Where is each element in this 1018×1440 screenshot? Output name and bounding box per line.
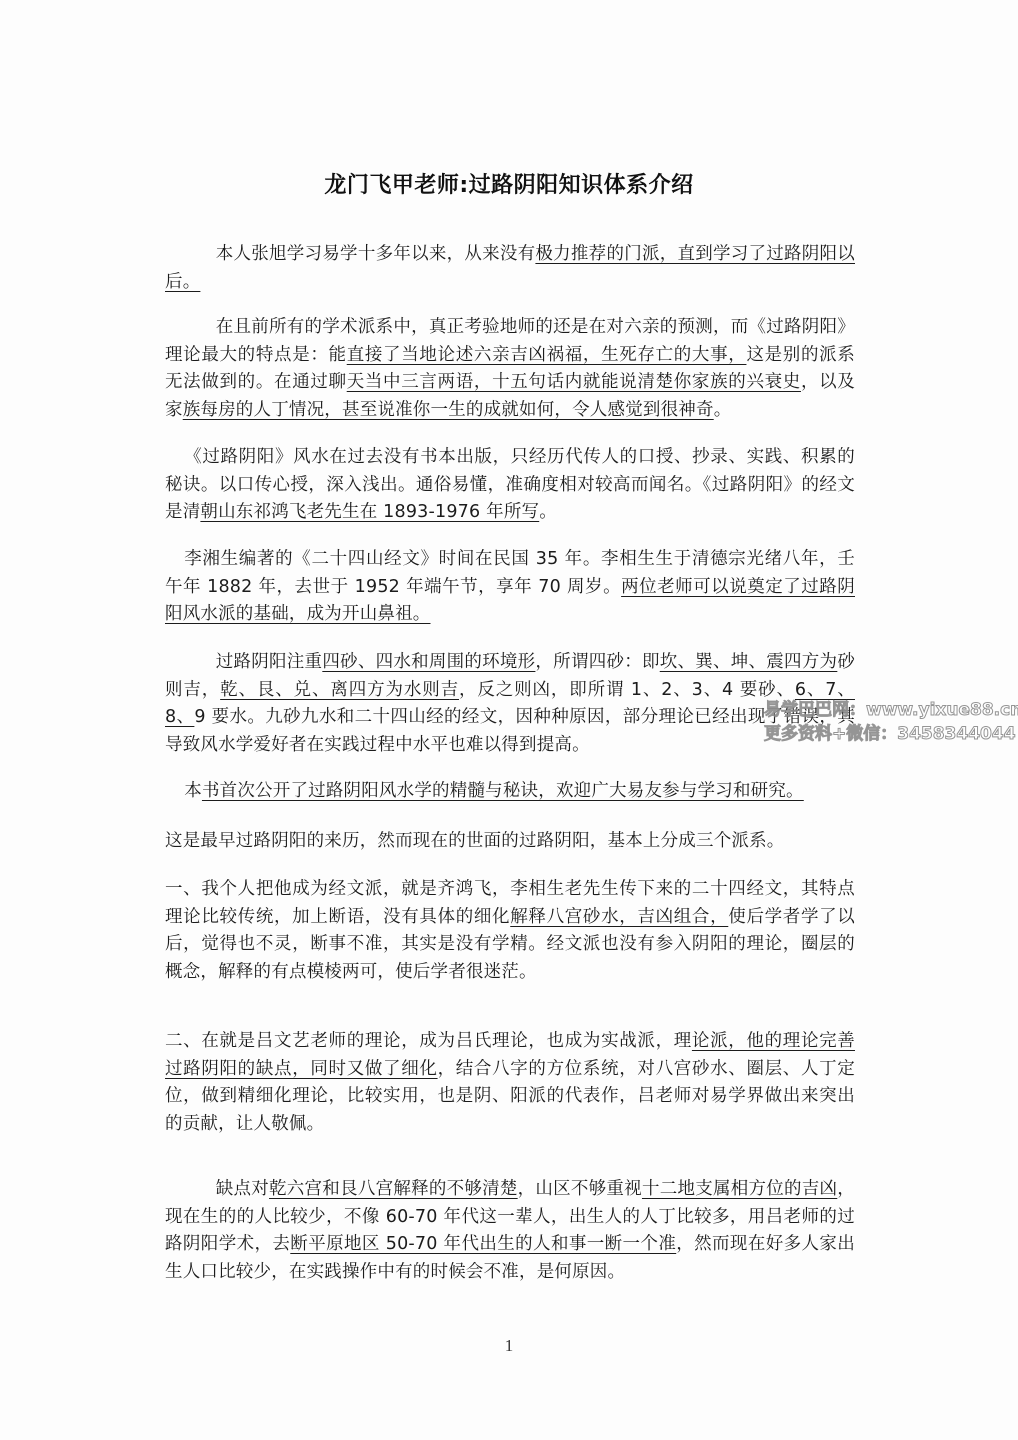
paragraph-shortcomings: 缺点对乾六宫和艮八宫解释的不够清楚，山区不够重视十二地支属相方位的吉凶，现在生的…	[165, 1176, 855, 1286]
underlined-text: 朝山东祁鸿飞老先生在 1893-1976 年所写	[200, 502, 539, 522]
underlined-text: 直接了当地论述六亲吉凶祸福，生死存亡的大事，	[347, 345, 747, 365]
text: 本人张旭学习易学十多年以来，从来没有	[216, 244, 536, 264]
text: ，所谓四砂：即	[535, 652, 659, 672]
paragraph-intro: 本人张旭学习易学十多年以来，从来没有极力推荐的门派，直到学习了过路阴阳以后。	[165, 241, 855, 296]
underlined-text: 天当中三言两语，十五句话内就能说清楚你家族的兴衰史	[347, 372, 801, 392]
underlined-text: 坎、巽、坤、震四方为	[660, 652, 838, 672]
document-title: 龙门飞甲老师:过路阴阳知识体系介绍	[0, 168, 1018, 199]
text: 。	[714, 400, 732, 420]
text: 。	[539, 502, 557, 522]
paragraph-features: 在且前所有的学术派系中，真正考验地师的还是在对六亲的预测，而《过路阴阳》理论最大…	[165, 314, 855, 424]
underlined-text: 乾、艮、兑、离四方为水则吉	[220, 680, 459, 700]
underlined-text: 四砂、四水和周围的环境形	[322, 652, 535, 672]
underlined-text: 十二地支属相方位的吉凶	[642, 1179, 837, 1199]
watermark-website: 易学巴巴网：www.yixue88.cn	[764, 695, 1014, 720]
underlined-text: 书首次公开了过路阴阳风水学的精髓与秘诀，欢迎广大易友参与学习和研究。	[202, 781, 804, 801]
text: 这是最早过路阴阳的来历，然而现在的世面的过路阴阳，基本上分成三个派系。	[165, 831, 785, 851]
paragraph-school-one: 一、我个人把他成为经文派，就是齐鸿飞，李相生老先生传下来的二十四经文，其特点理论…	[165, 876, 855, 986]
underlined-text: 族每房的人丁情况，甚至说准你一生的成就如何，令人感觉到很神奇	[183, 400, 714, 420]
paragraph-founders: 李湘生编著的《二十四山经文》时间在民国 35 年。李相生生于清德宗光绪八年，壬午…	[165, 546, 855, 629]
text: 二、在就是吕文艺老师的理论，成为吕氏理论，也成为实战派，理	[165, 1031, 692, 1051]
document-page: 龙门飞甲老师:过路阴阳知识体系介绍 本人张旭学习易学十多年以来，从来没有极力推荐…	[0, 0, 1018, 1440]
text: ，反之则凶，即所谓 1、2、3、4 要砂、	[459, 680, 795, 700]
text: 缺点对	[216, 1179, 269, 1199]
underlined-text: 乾六宫和艮八宫解释的不够清楚	[269, 1179, 518, 1199]
paragraph-history: 《过路阴阳》风水在过去没有书本出版，只经历代传人的口授、抄录、实践、积累的秘诀。…	[165, 444, 855, 527]
underlined-text: 解释八宫砂水，吉凶组合，	[510, 907, 728, 927]
page-number: 1	[0, 1336, 1018, 1356]
text: 本	[184, 781, 202, 801]
paragraph-school-two: 二、在就是吕文艺老师的理论，成为吕氏理论，也成为实战派，理论派，他的理论完善过路…	[165, 1028, 855, 1138]
paragraph-book-announcement: 本书首次公开了过路阴阳风水学的精髓与秘诀，欢迎广大易友参与学习和研究。	[165, 778, 855, 806]
paragraph-three-schools-intro: 这是最早过路阴阳的来历，然而现在的世面的过路阴阳，基本上分成三个派系。	[165, 828, 855, 856]
paragraph-four-sand-four-water: 过路阴阳注重四砂、四水和周围的环境形，所谓四砂：即坎、巽、坤、震四方为砂则吉，乾…	[165, 649, 855, 759]
text: 过路阴阳注重	[216, 652, 323, 672]
text: 9 要水。九砂九水和二十四山经的经文，因种种原因，部分理论已经出现了错误，其导致…	[165, 707, 855, 755]
underlined-text: 断平原地区 50-70 年代出生的人和事一断一个准	[290, 1234, 676, 1254]
watermark-contact: 更多资料+微信：3458344044	[764, 719, 1014, 744]
text: ，山区不够重视	[518, 1179, 642, 1199]
